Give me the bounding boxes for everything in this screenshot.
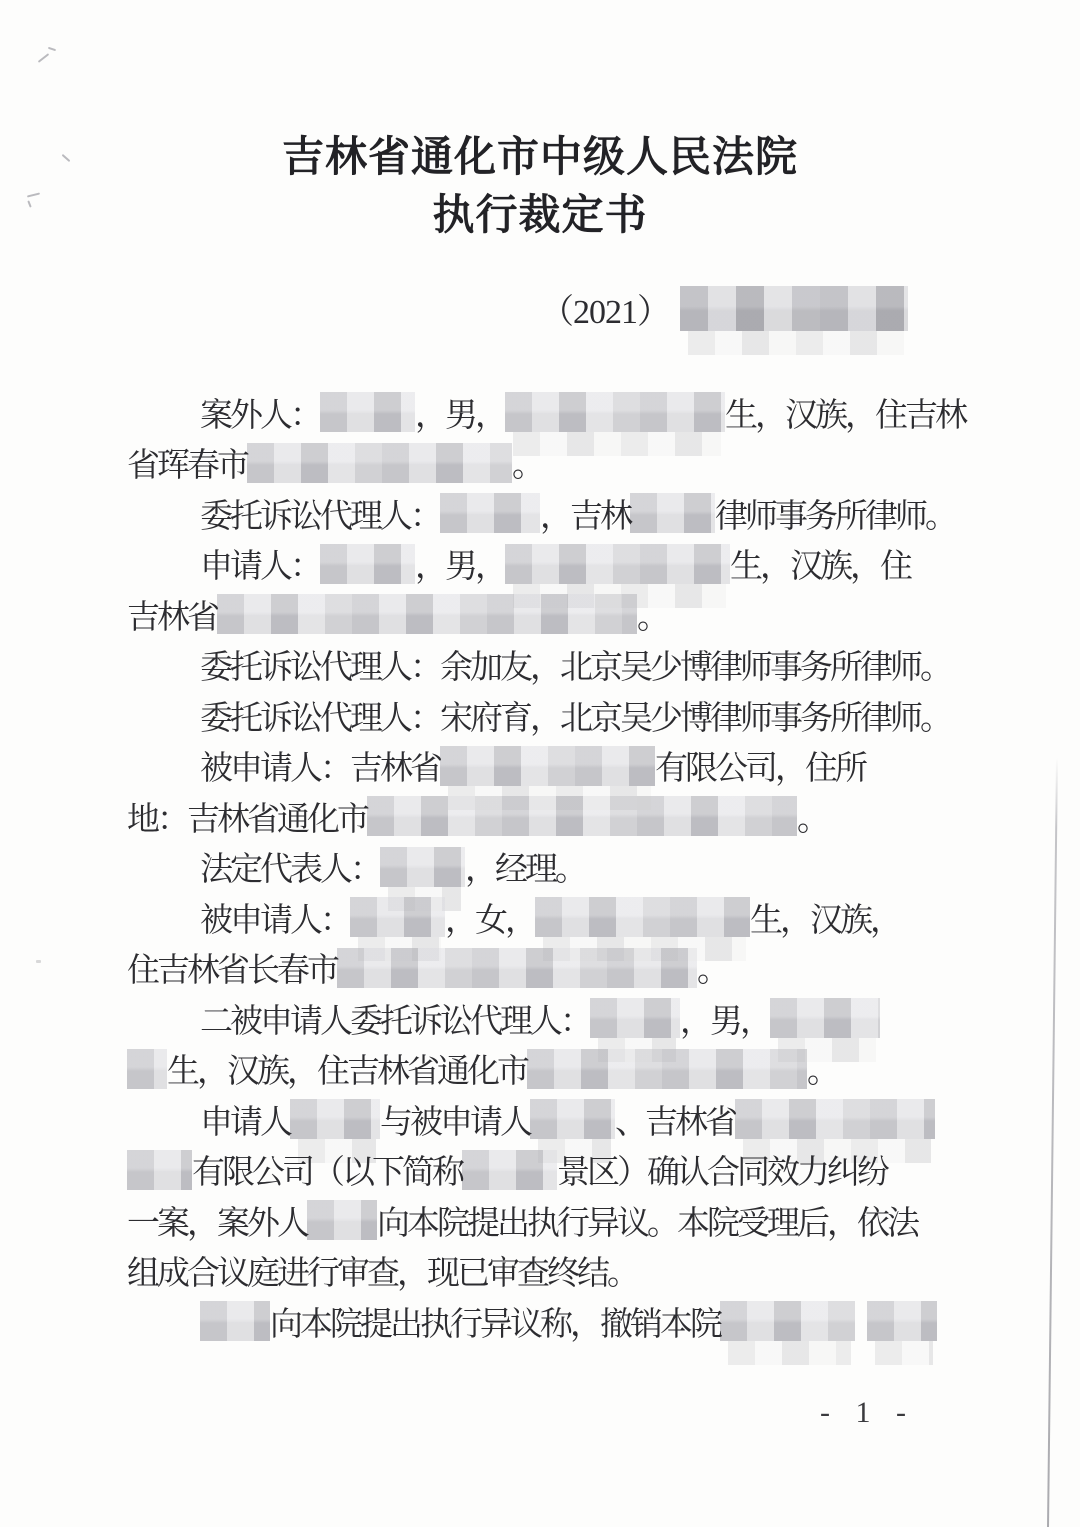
text-segment: 生，汉族，住 <box>730 540 910 587</box>
redaction-block <box>320 544 415 584</box>
document-body: 案外人：，男，生，汉族，住吉林省珲春市。委托诉讼代理人：，吉林律师事务所律师。申… <box>127 387 957 1347</box>
document-line: 被申请人：吉林省有限公司，住所 <box>127 741 957 792</box>
redaction-block <box>350 897 445 937</box>
text-segment: 被申请人： <box>200 894 350 941</box>
text-segment: 省珲春市 <box>127 439 247 486</box>
text-segment: 委托诉讼代理人： <box>200 490 440 537</box>
document-line: 吉林省。 <box>127 589 957 640</box>
document-line: 委托诉讼代理人：宋府育，北京吴少博律师事务所律师。 <box>127 690 957 741</box>
text-segment: 、吉林省 <box>615 1096 735 1143</box>
redaction-block <box>680 286 908 331</box>
text-segment: 被申请人：吉林省 <box>200 742 440 789</box>
document-line: 住吉林省长春市。 <box>127 943 957 994</box>
text-segment: 。 <box>697 944 727 991</box>
redaction-block <box>462 1150 557 1190</box>
document-line: 地：吉林省通化市。 <box>127 791 957 842</box>
document-line: 委托诉讼代理人：余加友，北京吴少博律师事务所律师。 <box>127 640 957 691</box>
redaction-block <box>535 897 750 937</box>
document-line: 生，汉族，住吉林省通化市。 <box>127 1044 957 1095</box>
text-segment: 申请人 <box>200 1096 290 1143</box>
spacer <box>855 1301 867 1341</box>
text-segment: 组成合议庭进行审查，现已审查终结。 <box>127 1247 637 1294</box>
redaction-block <box>590 998 680 1038</box>
redaction-block <box>867 1301 937 1341</box>
redaction-block <box>247 443 512 483</box>
document-line: 法定代表人：，经理。 <box>127 842 957 893</box>
text-segment: ，男， <box>415 389 505 436</box>
document-line: 二被申请人委托诉讼代理人：，男， <box>127 993 957 1044</box>
text-segment: 向本院提出执行异议称，撤销本院 <box>270 1298 720 1345</box>
text-segment: 。 <box>797 793 827 840</box>
text-segment: 与被申请人 <box>380 1096 530 1143</box>
text-segment: 吉林省 <box>127 591 217 638</box>
text-segment: 向本院提出执行异议。本院受理后，依法 <box>377 1197 917 1244</box>
text-segment: 生，汉族，住吉林 <box>725 389 965 436</box>
text-segment: 二被申请人委托诉讼代理人： <box>200 995 590 1042</box>
document-type-title: 执行裁定书 <box>0 182 1080 242</box>
text-segment: 有限公司（以下简称 <box>192 1146 462 1193</box>
text-segment: 委托诉讼代理人：余加友，北京吴少博律师事务所律师。 <box>200 641 950 688</box>
redaction-block <box>320 392 415 432</box>
redaction-block <box>127 1049 167 1089</box>
scan-artifact <box>36 960 41 963</box>
document-line: 案外人：，男，生，汉族，住吉林 <box>127 387 957 438</box>
scan-artifact <box>48 47 56 51</box>
document-line: 申请人：，男，生，汉族，住 <box>127 539 957 590</box>
redaction-block <box>290 1099 380 1139</box>
text-segment: 律师事务所律师。 <box>715 490 955 537</box>
text-segment: 委托诉讼代理人：宋府育，北京吴少博律师事务所律师。 <box>200 692 950 739</box>
document-line: 一案，案外人向本院提出执行异议。本院受理后，依法 <box>127 1195 957 1246</box>
text-segment: 法定代表人： <box>200 843 380 890</box>
document-page: 吉林省通化市中级人民法院 执行裁定书 （2021） 案外人：，男，生，汉族，住吉… <box>0 0 1080 1527</box>
redaction-block <box>337 948 697 988</box>
redaction-block <box>440 493 540 533</box>
text-segment: 地：吉林省通化市 <box>127 793 367 840</box>
redaction-block <box>530 1099 615 1139</box>
text-segment: 案外人： <box>200 389 320 436</box>
redaction-block <box>367 796 797 836</box>
document-line: 委托诉讼代理人：，吉林律师事务所律师。 <box>127 488 957 539</box>
redaction-block <box>720 1301 855 1341</box>
redaction-block <box>127 1150 192 1190</box>
document-line: 组成合议庭进行审查，现已审查终结。 <box>127 1246 957 1297</box>
text-segment: 生，汉族，住吉林省通化市 <box>167 1045 527 1092</box>
text-segment: 。 <box>637 591 667 638</box>
text-segment: ，吉林 <box>540 490 630 537</box>
redaction-block <box>440 746 655 786</box>
case-year-prefix: （2021） <box>540 284 670 333</box>
text-segment: 景区）确认合同效力纠纷 <box>557 1146 887 1193</box>
document-line: 被申请人：，女，生，汉族， <box>127 892 957 943</box>
court-name-title: 吉林省通化市中级人民法院 <box>0 124 1080 184</box>
document-line: 有限公司（以下简称景区）确认合同效力纠纷 <box>127 1145 957 1196</box>
text-segment: 住吉林省长春市 <box>127 944 337 991</box>
text-segment: 申请人： <box>200 540 320 587</box>
text-segment: ，男， <box>415 540 505 587</box>
case-number-line: （2021） <box>540 284 908 333</box>
redaction-block <box>527 1049 807 1089</box>
redaction-block <box>200 1301 270 1341</box>
redaction-block <box>380 847 465 887</box>
text-segment: 。 <box>512 439 542 486</box>
text-segment: 一案，案外人 <box>127 1197 307 1244</box>
text-segment: ，经理。 <box>465 843 585 890</box>
text-segment: 。 <box>807 1045 837 1092</box>
document-line: 申请人与被申请人、吉林省 <box>127 1094 957 1145</box>
redaction-block <box>630 493 715 533</box>
redaction-block <box>505 544 730 584</box>
redaction-block <box>770 998 880 1038</box>
redaction-block <box>505 392 725 432</box>
text-segment: ，男， <box>680 995 770 1042</box>
redaction-block <box>735 1099 935 1139</box>
text-segment: 生，汉族， <box>750 894 900 941</box>
scan-artifact <box>38 53 49 63</box>
scan-edge-line <box>1047 758 1058 1527</box>
page-number: - 1 - <box>820 1396 915 1430</box>
document-line: 向本院提出执行异议称，撤销本院 <box>127 1296 957 1347</box>
text-segment: ，女， <box>445 894 535 941</box>
redaction-block <box>217 594 637 634</box>
redaction-block <box>307 1200 377 1240</box>
text-segment: 有限公司，住所 <box>655 742 865 789</box>
